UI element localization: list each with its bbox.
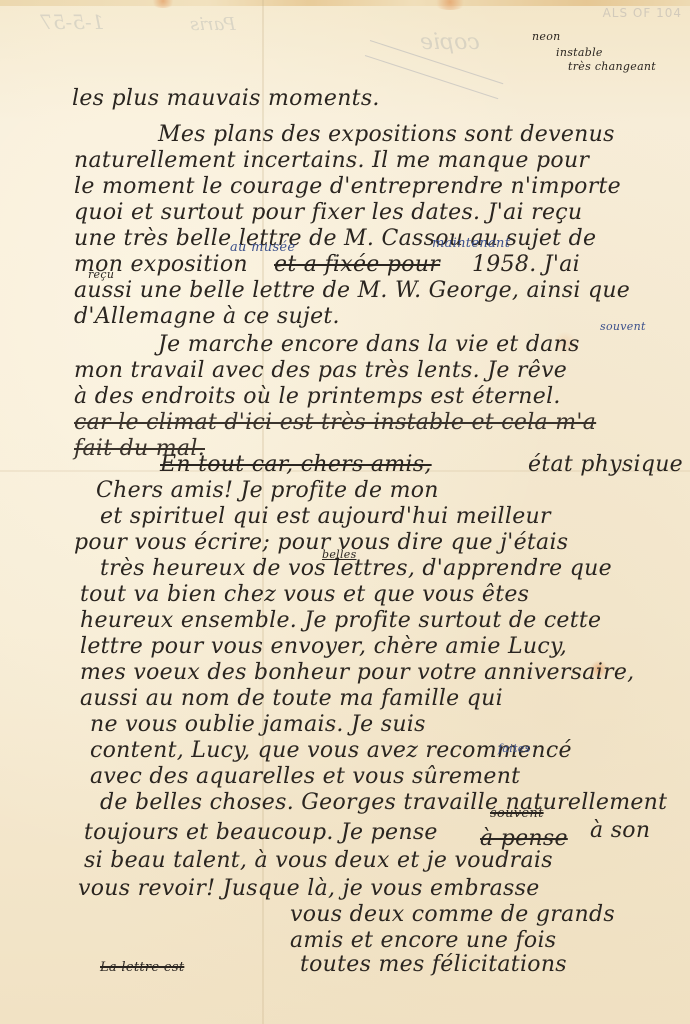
letter-line: toutes mes félicitations <box>300 952 567 977</box>
letter-line: d'Allemagne à ce sujet. <box>74 304 340 329</box>
struck-line: En tout car, chers amis, <box>160 452 432 477</box>
letter-line: à des endroits où le printemps est étern… <box>74 384 561 409</box>
insertion-note: souvent <box>490 806 544 821</box>
letter-line: Chers amis! Je profite de mon <box>96 478 439 503</box>
struck-footer: La lettre est <box>100 960 184 975</box>
letter-line-tail: à son <box>590 818 650 843</box>
letter-line: mon travail avec des pas très lents. Je … <box>74 358 567 383</box>
bleed-through-stroke <box>365 55 498 99</box>
letter-line: amis et encore une fois <box>290 928 556 953</box>
letter-line: et spirituel qui est aujourd'hui meilleu… <box>100 504 551 529</box>
letter-page: ALS OF 104 1-5-57 Paris copie neon insta… <box>0 0 690 1024</box>
letter-line: lettre pour vous envoyer, chère amie Luc… <box>80 634 567 659</box>
struck-text: toujours et <box>84 820 208 845</box>
letter-line: heureux ensemble. Je profite surtout de … <box>80 608 601 633</box>
margin-note-line: très changeant <box>568 60 656 73</box>
letter-line: tout va bien chez vous et que vous êtes <box>80 582 529 607</box>
struck-line: car le climat d'ici est très instable et… <box>74 410 596 435</box>
stain <box>150 0 176 8</box>
letter-line: Mes plans des expositions sont devenus <box>158 122 615 147</box>
insertion-note: souvent <box>600 320 646 333</box>
bleed-through-place: Paris <box>190 14 236 35</box>
margin-note-line: neon <box>532 30 561 43</box>
letter-line: naturellement incertains. Il me manque p… <box>74 148 589 173</box>
letter-line: très heureux de vos lettres, d'apprendre… <box>100 556 612 581</box>
letter-line: aussi une belle lettre de M. W. George, … <box>74 278 630 303</box>
insertion-note: maintenant <box>432 236 510 251</box>
letter-line: les plus mauvais moments. <box>72 86 380 111</box>
letter-line: avec des aquarelles et vous sûrement <box>90 764 520 789</box>
stain <box>432 0 468 10</box>
letter-line: le moment le courage d'entreprendre n'im… <box>74 174 621 199</box>
paper-top-edge <box>0 0 690 6</box>
archive-stamp: ALS OF 104 <box>603 6 682 20</box>
letter-line: aussi au nom de toute ma famille qui <box>80 686 503 711</box>
letter-line-tail: état physique <box>528 452 683 477</box>
letter-line: de belles choses. Georges travaille natu… <box>100 790 667 815</box>
letter-line: ne vous oublie jamais. Je suis <box>90 712 426 737</box>
letter-line: Je marche encore dans la vie et dans <box>158 332 580 357</box>
insertion-note: faites <box>498 742 531 755</box>
letter-line: si beau talent, à vous deux et je voudra… <box>84 848 553 873</box>
struck-text: et a fixée pour <box>274 252 440 277</box>
margin-note-line: instable <box>556 46 603 59</box>
letter-line: vous deux comme de grands <box>290 902 615 927</box>
bleed-through-date: 1-5-57 <box>40 10 104 34</box>
letter-line: une très belle lettre de M. Cassou au su… <box>74 226 596 251</box>
letter-line: mes voeux des bonheur pour votre anniver… <box>80 660 634 685</box>
letter-line: vous revoir! Jusque là, je vous embrasse <box>78 876 540 901</box>
letter-line-tail: 1958. J'ai <box>472 252 580 277</box>
letter-line: quoi et surtout pour fixer les dates. J'… <box>74 200 582 225</box>
bleed-through-scrawl: copie <box>420 30 480 55</box>
